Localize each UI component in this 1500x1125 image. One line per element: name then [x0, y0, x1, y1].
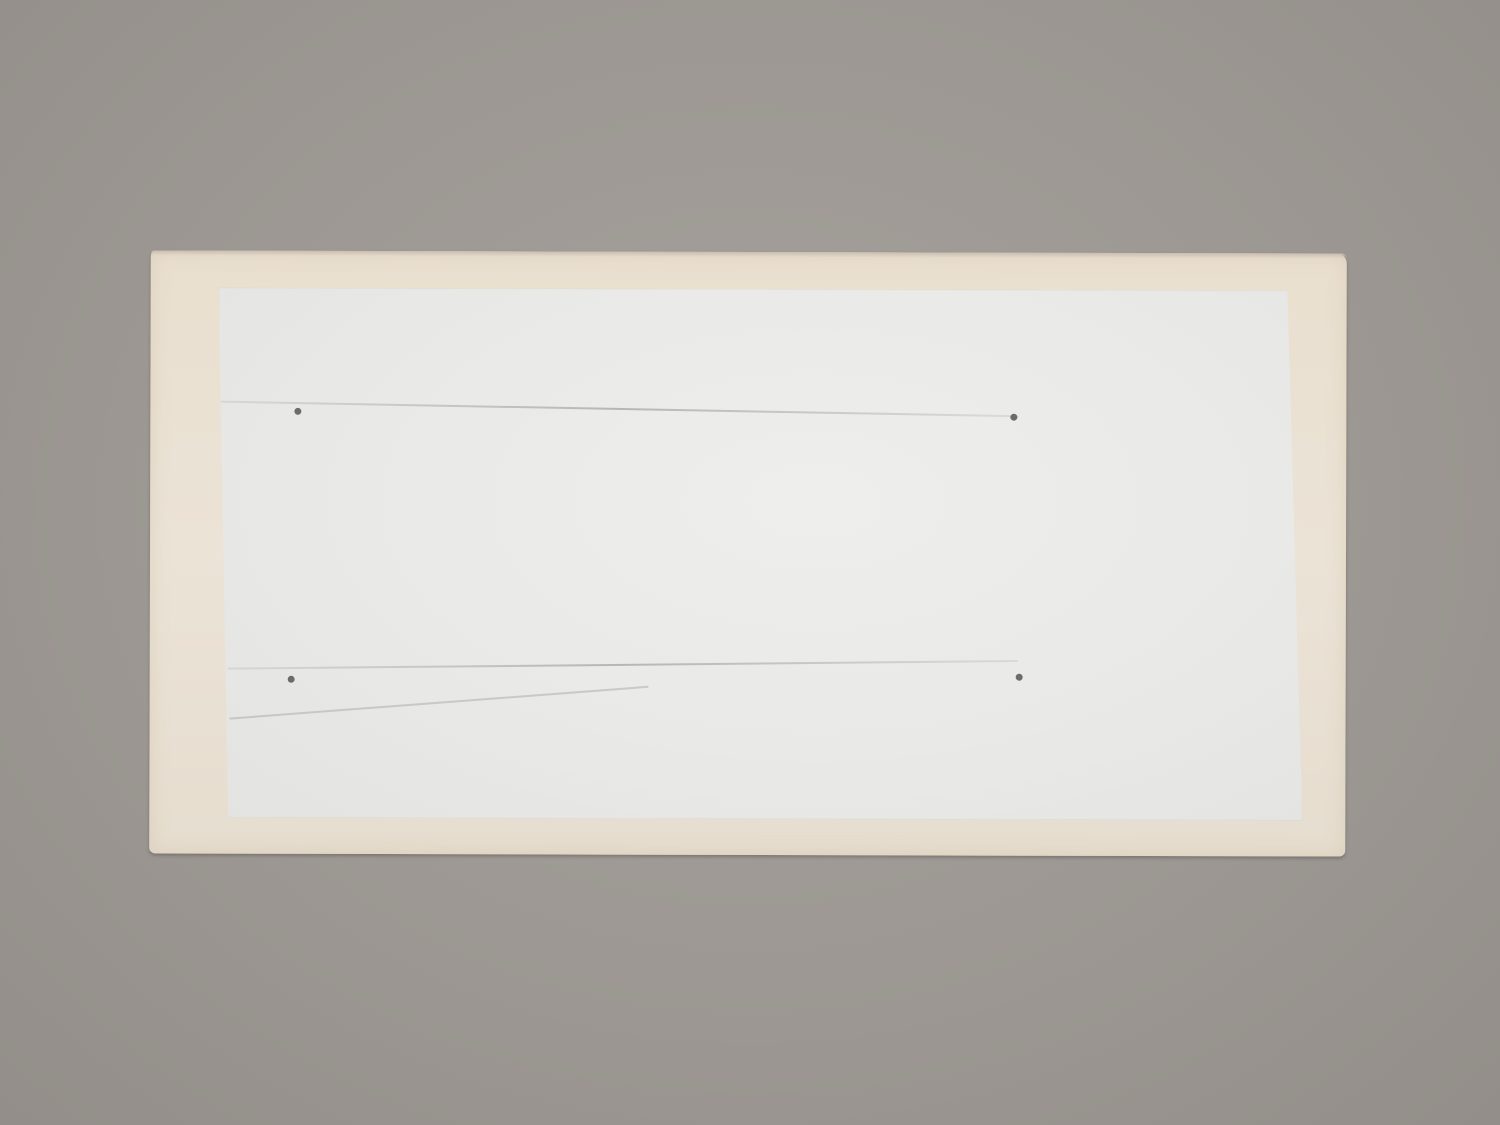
card-worn-edge — [151, 250, 1347, 258]
paper-label — [217, 288, 1303, 821]
crease-bottom — [228, 660, 1018, 670]
pinhole — [294, 408, 301, 415]
pinhole — [288, 676, 295, 683]
pinhole — [1016, 674, 1023, 681]
crease-top — [218, 401, 1018, 418]
crease-bottom-fold — [229, 686, 648, 720]
pinhole — [1010, 414, 1017, 421]
photo-scene — [0, 0, 1500, 1125]
aged-card — [149, 250, 1347, 856]
